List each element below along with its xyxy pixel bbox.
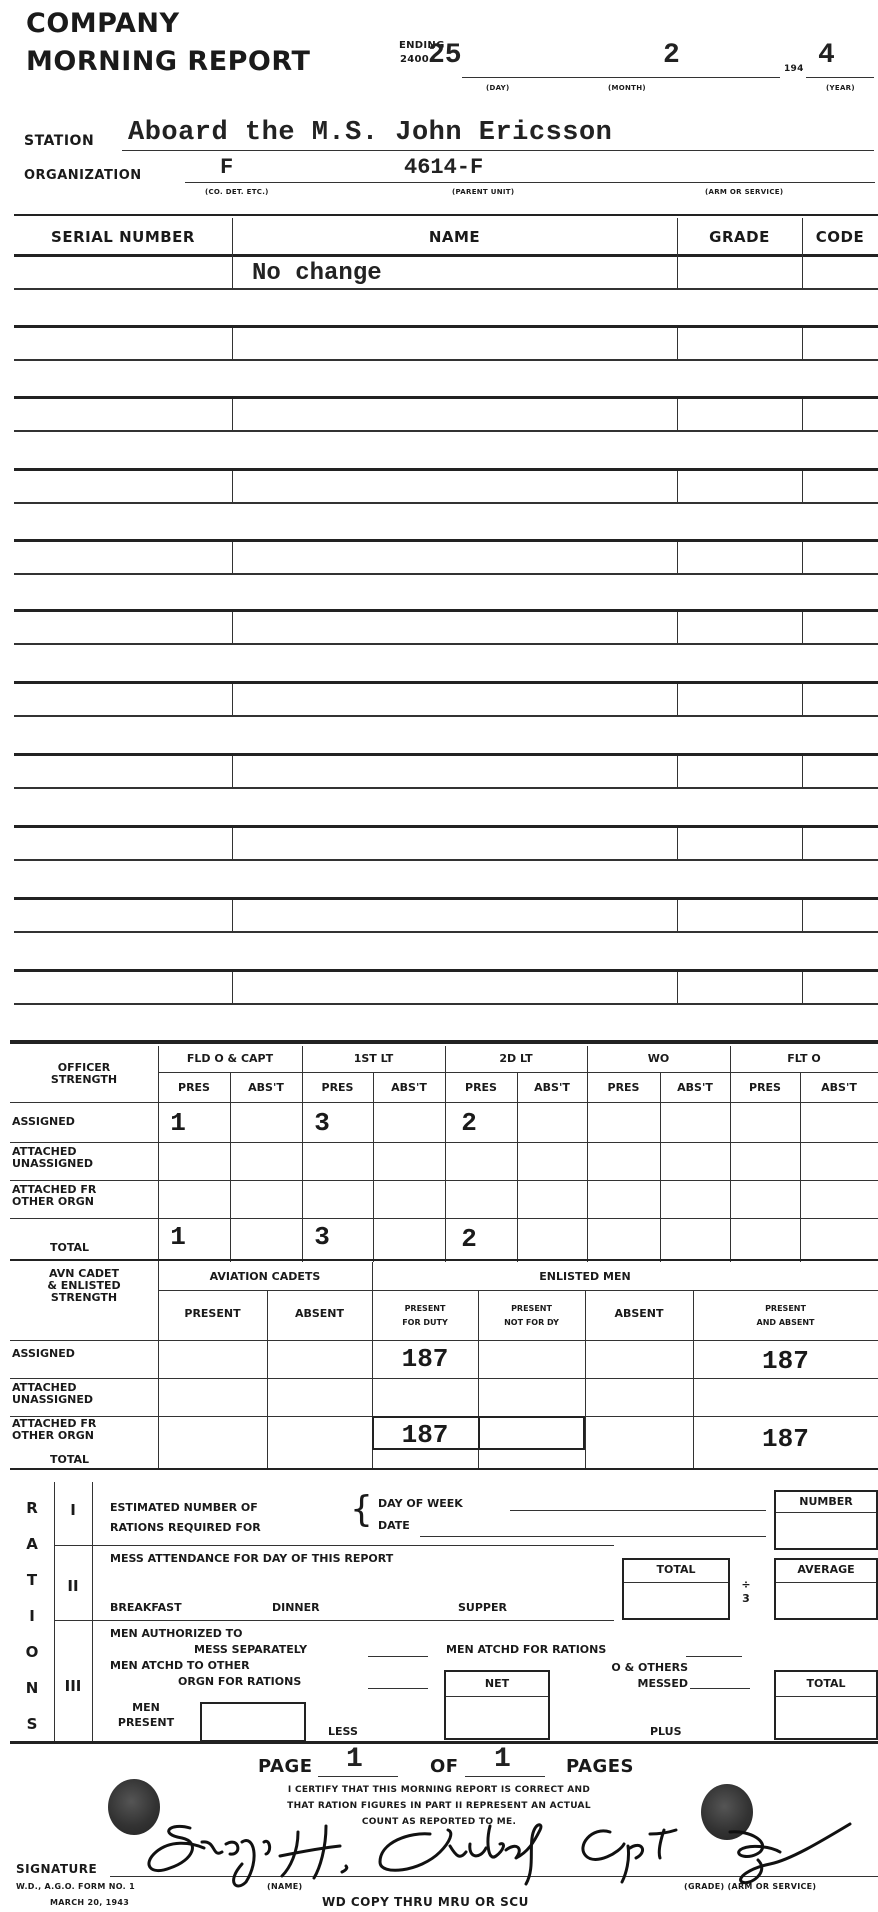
- table-row: [14, 681, 878, 717]
- year-prefix: 194: [784, 64, 804, 74]
- day-caption: (DAY): [486, 84, 510, 92]
- row-label-attached-unassigned: ATTACHEDUNASSIGNED: [12, 1382, 93, 1406]
- mess-attendance-label: MESS ATTENDANCE FOR DAY OF THIS REPORT: [110, 1553, 393, 1565]
- men-authorized-label-1: MEN AUTHORIZED TO: [110, 1628, 243, 1640]
- row-label-assigned: ASSIGNED: [12, 1348, 75, 1360]
- others-messed-field[interactable]: [690, 1688, 750, 1689]
- day-of-week-label: DAY OF WEEK: [378, 1498, 463, 1510]
- col-grade: GRADE: [677, 228, 802, 246]
- row-name[interactable]: No change: [252, 260, 382, 287]
- divide-by-three: ÷3: [736, 1578, 756, 1606]
- year-caption: (YEAR): [826, 84, 855, 92]
- page-number[interactable]: 1: [346, 1744, 363, 1775]
- part-iii-numeral: III: [54, 1680, 92, 1692]
- station-label: STATION: [24, 133, 94, 149]
- grade-caption: (GRADE) (ARM OR SERVICE): [684, 1882, 816, 1891]
- organization-label: ORGANIZATION: [24, 168, 142, 183]
- date-field[interactable]: [420, 1536, 766, 1537]
- table-row: [14, 753, 878, 789]
- row-label-attached-other: ATTACHED FROTHER ORGN: [12, 1418, 96, 1442]
- men-authorized-label-2: MESS SEPARATELY: [194, 1644, 307, 1656]
- rations-total-box[interactable]: TOTAL: [774, 1670, 878, 1740]
- sub-pres: PRES: [445, 1082, 517, 1094]
- col-present-for-duty: PRESENTFOR DUTY: [372, 1302, 478, 1330]
- total-2d-lt-pres[interactable]: 2: [445, 1224, 493, 1254]
- group-fld-o-capt: FLD O & CAPT: [158, 1053, 302, 1065]
- enlisted-strength-table: AVN CADET& ENLISTEDSTRENGTH AVIATION CAD…: [10, 1262, 878, 1470]
- supper-label: SUPPER: [458, 1602, 507, 1614]
- col-present-and-absent: PRESENTAND ABSENT: [693, 1302, 878, 1330]
- ending-time: 2400: [400, 54, 429, 65]
- sub-pres: PRES: [730, 1082, 800, 1094]
- number-box[interactable]: NUMBER: [774, 1490, 878, 1550]
- form-title-line2: MORNING REPORT: [26, 46, 310, 77]
- men-present-box[interactable]: [200, 1702, 306, 1742]
- atchd-for-rations-field[interactable]: [686, 1656, 742, 1657]
- assigned-present-for-duty[interactable]: 187: [372, 1344, 478, 1374]
- copy-note: WD COPY THRU MRU OR SCU: [322, 1895, 529, 1909]
- total-present-and-absent[interactable]: 187: [762, 1424, 809, 1454]
- assigned-2d-lt-pres[interactable]: 2: [445, 1108, 493, 1138]
- group-1st-lt: 1ST LT: [302, 1053, 445, 1065]
- others-messed-label: O & OTHERSMESSED: [564, 1660, 688, 1692]
- row-label-total: TOTAL: [50, 1454, 89, 1466]
- of-label: OF: [430, 1756, 459, 1777]
- row-label-total: TOTAL: [50, 1242, 89, 1254]
- report-day[interactable]: 25: [428, 40, 462, 71]
- table-row: [14, 969, 878, 1005]
- breakfast-label: BREAKFAST: [110, 1602, 182, 1614]
- group-wo: WO: [587, 1053, 730, 1065]
- col-present-not-for-duty: PRESENTNOT FOR DY: [478, 1302, 585, 1330]
- sub-pres: PRES: [158, 1082, 230, 1094]
- col-cadet-present: PRESENT: [158, 1308, 267, 1320]
- brace: {: [350, 1490, 373, 1530]
- organization-company[interactable]: F: [220, 155, 233, 180]
- table-row: [14, 609, 878, 645]
- signature-scrawl-icon: [130, 1812, 870, 1892]
- pages-label: PAGES: [566, 1756, 634, 1777]
- table-row: No change: [14, 254, 878, 290]
- col-em-absent: ABSENT: [585, 1308, 693, 1320]
- col-name: NAME: [232, 228, 677, 246]
- officer-strength-table: OFFICERSTRENGTH FLD O & CAPT 1ST LT 2D L…: [10, 1046, 878, 1262]
- mess-separately-field[interactable]: [368, 1656, 428, 1657]
- month-caption: (MONTH): [608, 84, 646, 92]
- enlisted-strength-title: AVN CADET& ENLISTEDSTRENGTH: [10, 1268, 158, 1304]
- row-label-assigned: ASSIGNED: [12, 1116, 75, 1128]
- mess-total-box[interactable]: TOTAL: [622, 1558, 730, 1620]
- table-row: [14, 396, 878, 432]
- sub-abst: ABS'T: [660, 1082, 730, 1094]
- part-ii-numeral: II: [54, 1580, 92, 1592]
- group-aviation-cadets: AVIATION CADETS: [158, 1271, 372, 1283]
- table-row: [14, 325, 878, 361]
- group-2d-lt: 2D LT: [445, 1053, 587, 1065]
- total-1st-lt-pres[interactable]: 3: [302, 1222, 342, 1252]
- atchd-other-label-1: MEN ATCHD TO OTHER: [110, 1660, 250, 1672]
- mess-average-box[interactable]: AVERAGE: [774, 1558, 878, 1620]
- sub-abst: ABS'T: [517, 1082, 587, 1094]
- date-label: DATE: [378, 1520, 410, 1532]
- assigned-fld-pres[interactable]: 1: [158, 1108, 198, 1138]
- sub-abst: ABS'T: [800, 1082, 878, 1094]
- total-present-for-duty[interactable]: 187: [372, 1420, 478, 1450]
- assigned-present-and-absent[interactable]: 187: [762, 1346, 809, 1376]
- sub-pres: PRES: [302, 1082, 373, 1094]
- rations-side-label: RATIONS: [10, 1490, 54, 1742]
- assigned-1st-lt-pres[interactable]: 3: [302, 1108, 342, 1138]
- men-present-label: MENPRESENT: [96, 1700, 196, 1730]
- day-of-week-field[interactable]: [510, 1510, 766, 1511]
- dinner-label: DINNER: [272, 1602, 320, 1614]
- col-serial-number: SERIAL NUMBER: [14, 228, 232, 246]
- form-title-line1: COMPANY: [26, 8, 180, 39]
- group-flt-o: FLT O: [730, 1053, 878, 1065]
- caption-co: (CO. DET. ETC.): [205, 188, 269, 196]
- page-label: PAGE: [258, 1756, 313, 1777]
- roster-header: SERIAL NUMBER NAME GRADE CODE: [14, 218, 878, 257]
- table-row: [14, 468, 878, 504]
- table-row: [14, 897, 878, 933]
- estimated-rations-label: ESTIMATED NUMBER OFRATIONS REQUIRED FOR: [110, 1498, 261, 1538]
- table-row: [14, 539, 878, 575]
- sub-abst: ABS'T: [230, 1082, 302, 1094]
- row-label-attached-other: ATTACHED FROTHER ORGN: [12, 1184, 96, 1208]
- group-enlisted-men: ENLISTED MEN: [460, 1271, 710, 1283]
- col-code: CODE: [802, 228, 878, 246]
- caption-arm: (ARM OR SERVICE): [705, 188, 783, 196]
- signature-label: SIGNATURE: [16, 1862, 97, 1876]
- less-label: LESS: [328, 1726, 358, 1738]
- total-fld-pres[interactable]: 1: [158, 1222, 198, 1252]
- net-box[interactable]: NET: [444, 1670, 550, 1740]
- report-year[interactable]: 4: [818, 40, 835, 71]
- rations-section: RATIONS I II III ESTIMATED NUMBER OFRATI…: [10, 1482, 878, 1744]
- caption-parent: (PARENT UNIT): [452, 188, 514, 196]
- officer-strength-title: OFFICERSTRENGTH: [10, 1062, 158, 1086]
- part-i-numeral: I: [54, 1504, 92, 1516]
- station-value[interactable]: Aboard the M.S. John Ericsson: [128, 118, 612, 148]
- form-id-line2: MARCH 20, 1943: [50, 1898, 129, 1907]
- sub-pres: PRES: [587, 1082, 660, 1094]
- atchd-for-rations-label: MEN ATCHD FOR RATIONS: [446, 1644, 606, 1656]
- col-cadet-absent: ABSENT: [267, 1308, 372, 1320]
- table-row: [14, 825, 878, 861]
- name-caption: (NAME): [267, 1882, 302, 1891]
- page-total[interactable]: 1: [494, 1744, 511, 1775]
- row-label-attached-unassigned: ATTACHEDUNASSIGNED: [12, 1146, 93, 1170]
- atchd-other-field[interactable]: [368, 1688, 428, 1689]
- sub-abst: ABS'T: [373, 1082, 445, 1094]
- report-month[interactable]: 2: [663, 40, 680, 71]
- form-id-line1: W.D., A.G.O. FORM NO. 1: [16, 1882, 135, 1891]
- atchd-other-label-2: ORGN FOR RATIONS: [178, 1676, 301, 1688]
- organization-parent-unit[interactable]: 4614-F: [404, 155, 483, 180]
- plus-label: PLUS: [650, 1726, 682, 1738]
